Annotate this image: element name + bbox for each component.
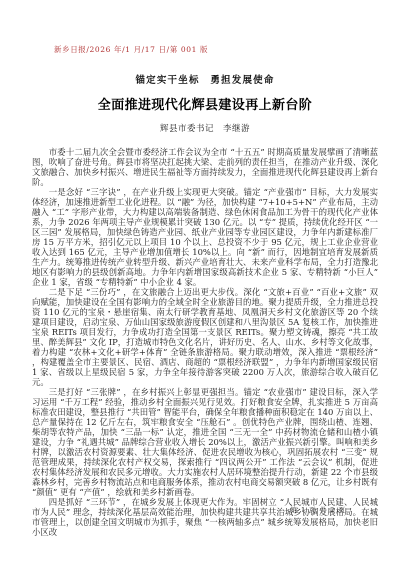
- page-number-footer: 第 1 页 共 2 页: [290, 505, 346, 514]
- document-page: 新乡日报/2026 年/1 月/17 日/第 001 版 锚定实干坐标 勇担发展…: [0, 0, 410, 580]
- paragraph-rural-revitalization: 三是打好 “三张牌” ，在乡村振兴上彰显更强担当。锚定 “农业强市” 建设目标，…: [32, 387, 378, 497]
- article-byline: 辉县市委书记 李继游: [32, 122, 378, 134]
- paragraph-industry-upgrade: 一是念好 “三字诀” ，在产业升级上实现更大突破。锚定 “产业强市” 目标，大力…: [32, 187, 378, 287]
- article-body: 市委十二届九次全会暨市委经济工作会议为全市 “十五五” 时期高质量发展擘画了清晰…: [32, 147, 378, 537]
- article-title: 全面推进现代化辉县建设再上新台阶: [32, 94, 378, 113]
- article-kicker: 锚定实干坐标 勇担发展使命: [32, 72, 378, 86]
- paragraph-culture-tourism: 二是下足 “三份巧” ，在文旅融合上迈出更大步伐。深化 “文旅+百业” “百业+…: [32, 287, 378, 387]
- newspaper-masthead-dateline: 新乡日报/2026 年/1 月/17 日/第 001 版: [54, 44, 378, 55]
- paragraph-urban-rural-development: 四是抓好 “三环节” ，在城乡发展上体现更大作为。牢固树立 “人民城市人民建、人…: [32, 497, 378, 537]
- paragraph-intro: 市委十二届九次全会暨市委经济工作会议为全市 “十五五” 时期高质量发展擘画了清晰…: [32, 147, 378, 187]
